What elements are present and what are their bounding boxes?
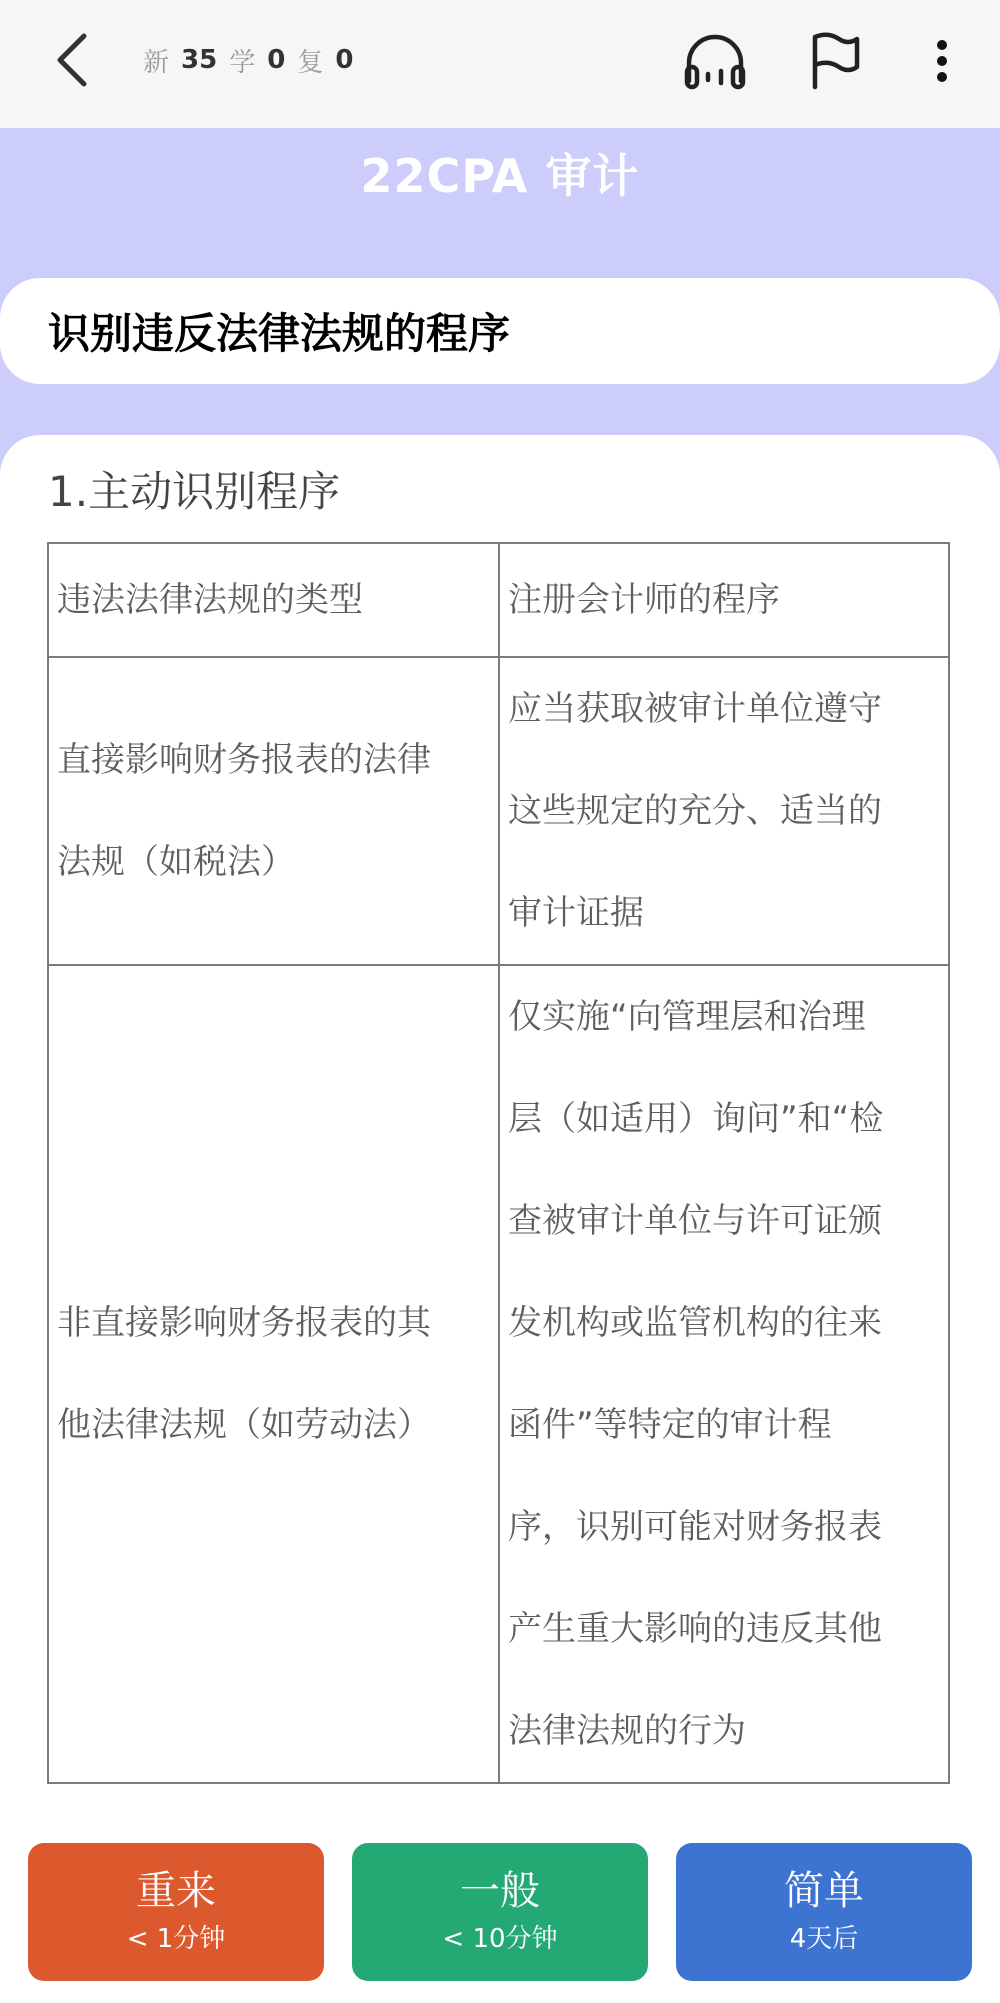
review-label: 复 bbox=[297, 42, 323, 79]
card-front-title: 识别违反法律法规的程序 bbox=[48, 301, 510, 361]
table-header-row: 违法法律法规的类型 注册会计师的程序 bbox=[48, 543, 949, 657]
study-stats: 新 35 学 0 复 0 bbox=[143, 40, 353, 80]
good-button[interactable]: 一般 < 10分钟 bbox=[352, 1843, 648, 1981]
law-type-cell: 非直接影响财务报表的其 他法律法规（如劳动法） bbox=[48, 965, 499, 1783]
again-button[interactable]: 重来 < 1分钟 bbox=[28, 1843, 324, 1981]
review-count: 0 bbox=[335, 45, 353, 75]
deck-title: 22CPA 审计 bbox=[0, 140, 1000, 206]
table-header-procedure: 注册会计师的程序 bbox=[499, 543, 949, 657]
good-label: 一般 bbox=[460, 1865, 540, 1917]
flag-button[interactable] bbox=[805, 26, 865, 96]
table-header-type: 违法法律法规的类型 bbox=[48, 543, 499, 657]
back-button[interactable] bbox=[48, 30, 96, 90]
table-row: 直接影响财务报表的法律 法规（如税法） 应当获取被审计单位遵守 这些规定的充分、… bbox=[48, 657, 949, 965]
procedure-cell: 仅实施“向管理层和治理 层（如适用）询问”和“检 查被审计单位与许可证颁 发机构… bbox=[499, 965, 949, 1783]
easy-interval: 4天后 bbox=[790, 1919, 859, 1959]
top-app-bar: 新 35 学 0 复 0 bbox=[0, 0, 1000, 128]
again-interval: < 1分钟 bbox=[127, 1919, 226, 1959]
more-options-button[interactable] bbox=[920, 26, 964, 96]
section-title: 1.主动识别程序 bbox=[48, 459, 340, 519]
procedure-table: 违法法律法规的类型 注册会计师的程序 直接影响财务报表的法律 法规（如税法） 应… bbox=[47, 542, 950, 1784]
easy-button[interactable]: 简单 4天后 bbox=[676, 1843, 972, 1981]
flag-icon bbox=[809, 31, 861, 91]
chevron-left-icon bbox=[54, 32, 90, 88]
headphones-icon bbox=[683, 31, 747, 91]
audio-button[interactable] bbox=[680, 26, 750, 96]
learn-count: 0 bbox=[267, 45, 285, 75]
table-row: 非直接影响财务报表的其 他法律法规（如劳动法） 仅实施“向管理层和治理 层（如适… bbox=[48, 965, 949, 1783]
new-label: 新 bbox=[143, 42, 169, 79]
law-type-cell: 直接影响财务报表的法律 法规（如税法） bbox=[48, 657, 499, 965]
procedure-cell: 应当获取被审计单位遵守 这些规定的充分、适当的 审计证据 bbox=[499, 657, 949, 965]
more-vertical-icon bbox=[934, 37, 950, 85]
good-interval: < 10分钟 bbox=[442, 1919, 557, 1959]
card-back: 1.主动识别程序 违法法律法规的类型 注册会计师的程序 直接影响财务报表的法律 … bbox=[0, 435, 1000, 2003]
learn-label: 学 bbox=[229, 42, 255, 79]
again-label: 重来 bbox=[136, 1865, 216, 1917]
card-front: 识别违反法律法规的程序 bbox=[0, 278, 1000, 384]
new-count: 35 bbox=[181, 45, 217, 75]
easy-label: 简单 bbox=[784, 1865, 864, 1917]
